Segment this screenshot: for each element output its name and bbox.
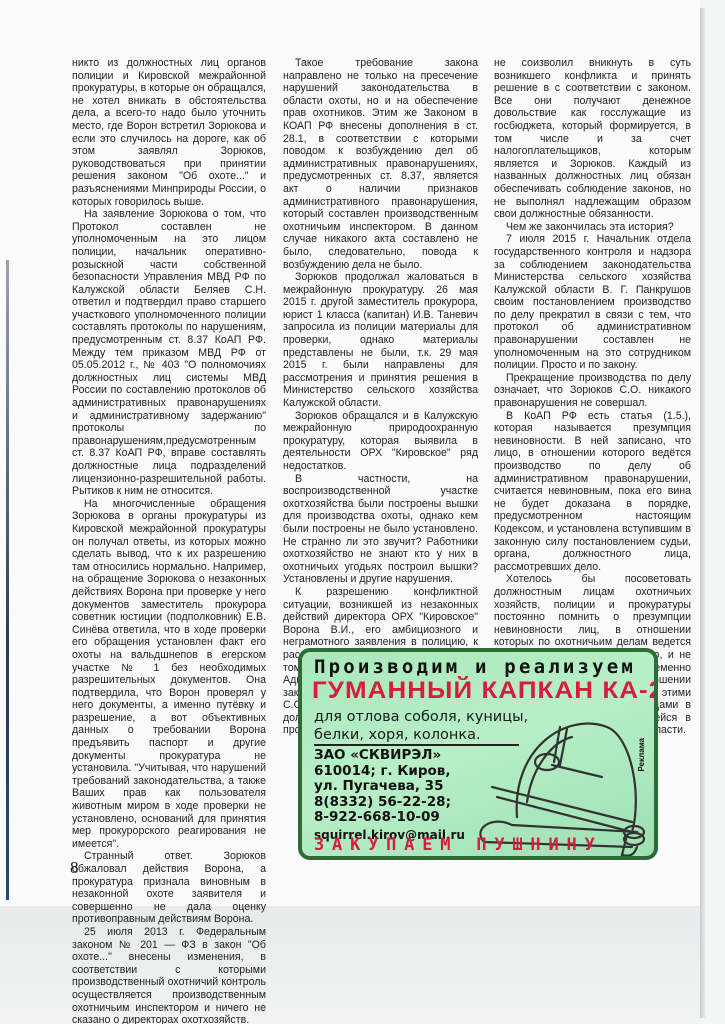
page-number: 8 bbox=[70, 858, 79, 878]
ad-company: ЗАО «СКВИРЭЛ» bbox=[314, 748, 465, 764]
paragraph: Прекращение производства по делу означае… bbox=[494, 372, 691, 410]
advertisement: Производим и реализуем ГУМАННЫЙ КАПКАН К… bbox=[298, 648, 658, 860]
paragraph: 7 июля 2015 г. Начальник отдела государс… bbox=[494, 233, 691, 372]
paragraph: Чем же закончилась эта история? bbox=[494, 221, 691, 234]
ad-phone: 8(8332) 56-22-28; bbox=[314, 795, 465, 811]
paragraph: В КоАП РФ есть статья (1.5.), которая на… bbox=[494, 410, 691, 574]
paragraph: Странный ответ. Зорюков обжаловал действ… bbox=[72, 850, 266, 926]
article-column-3: не соизволил вникнуть в суть возникшего … bbox=[494, 57, 691, 737]
paragraph: 25 июля 2013 г. Федеральным законом № 20… bbox=[72, 926, 266, 1024]
paragraph: Такое требование закона направлено не то… bbox=[283, 57, 478, 271]
article-column-2: Такое требование закона направлено не то… bbox=[283, 57, 478, 737]
ad-label: Реклама bbox=[637, 738, 646, 771]
ad-contacts: ЗАО «СКВИРЭЛ» 610014; г. Киров, ул. Пуга… bbox=[314, 748, 465, 843]
ad-product-name: ГУМАННЫЙ КАПКАН КА-2 bbox=[312, 677, 658, 705]
paragraph: никто из должностных лиц органов полиции… bbox=[72, 57, 266, 208]
paragraph: Зорюков обращался и в Калужскую межрайон… bbox=[283, 410, 478, 473]
paragraph: В частности, на воспроизводственной учас… bbox=[283, 473, 478, 586]
paragraph: На многочисленные обращения Зорюкова в о… bbox=[72, 498, 266, 851]
ad-headline: Производим и реализуем bbox=[314, 656, 636, 678]
binding-edge bbox=[6, 260, 9, 900]
ad-street: ул. Пугачева, 35 bbox=[314, 779, 465, 795]
article-column-1: никто из должностных лиц органов полиции… bbox=[72, 57, 266, 1024]
paragraph: Зорюков продолжал жаловаться в межрайонн… bbox=[283, 271, 478, 410]
page-edge bbox=[700, 8, 705, 1018]
ad-mobile: 8-922-668-10-09 bbox=[314, 810, 465, 826]
ad-footer-slogan: ЗАКУПАЕМ ПУШНИНУ bbox=[314, 835, 603, 855]
paragraph: На заявление Зорюкова о том, что Протоко… bbox=[72, 208, 266, 498]
ad-address: 610014; г. Киров, bbox=[314, 764, 465, 780]
paragraph: не соизволил вникнуть в суть возникшего … bbox=[494, 57, 691, 221]
